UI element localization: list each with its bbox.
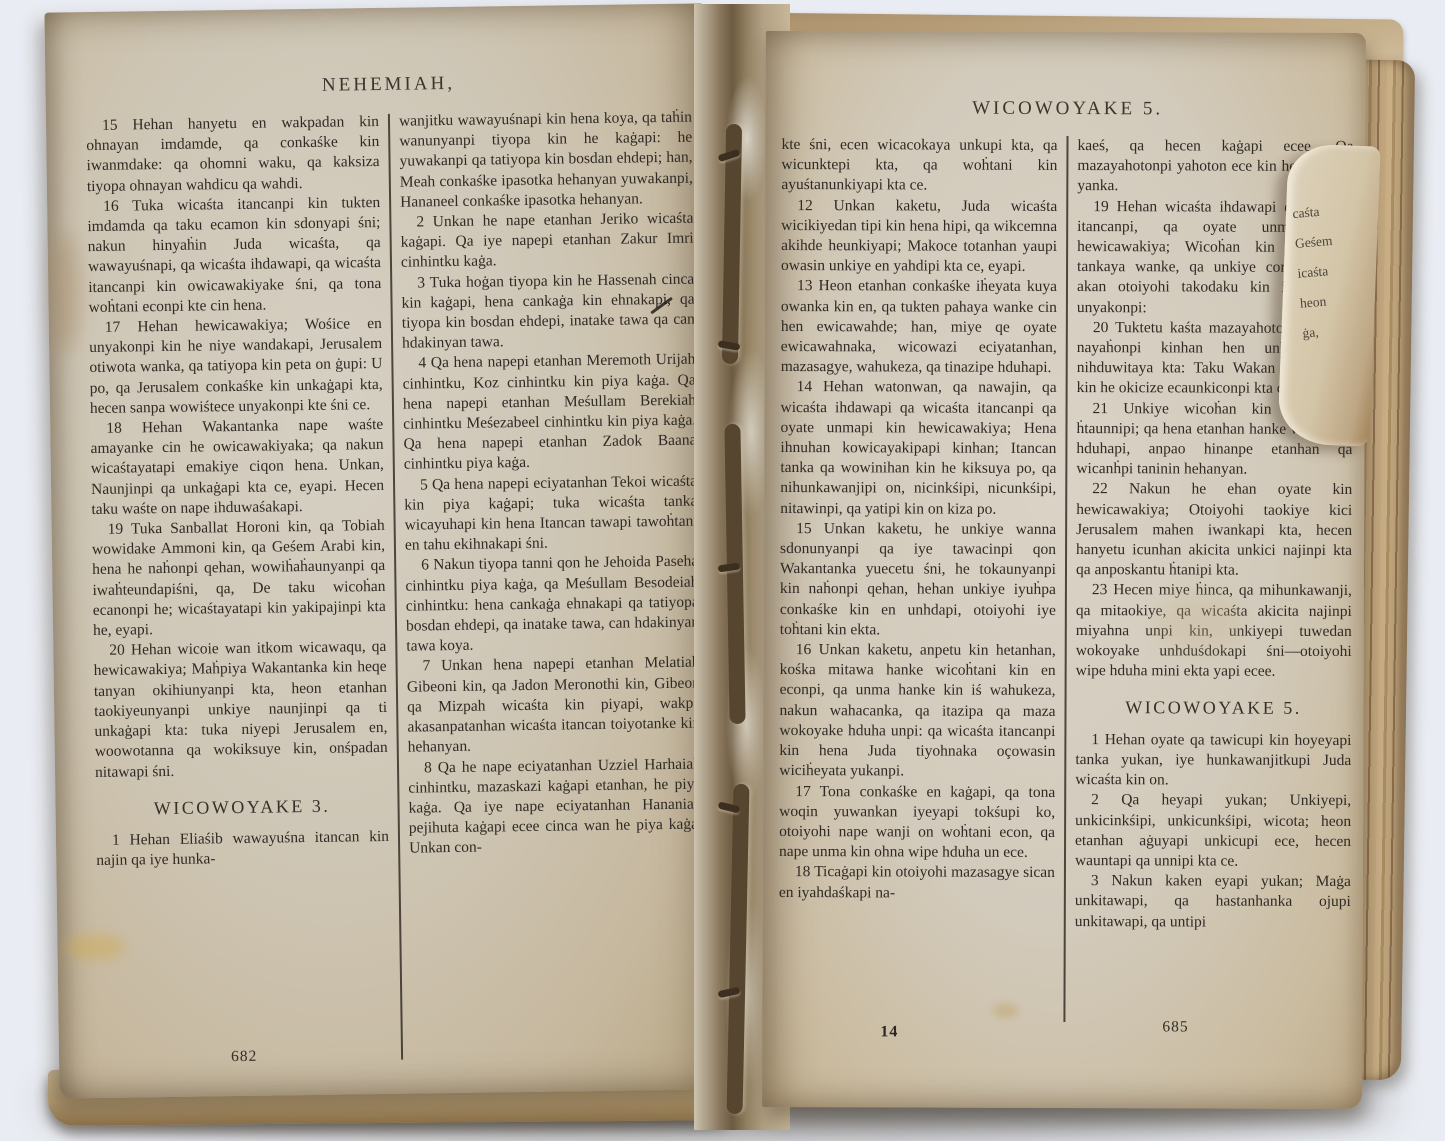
text-fragment: caśta — [1292, 204, 1320, 222]
verse-paragraph: 15 Hehan hanyetu en wakpadan kin ohnayan… — [86, 112, 380, 197]
book-photo: NEHEMIAH, 15 Hehan hanyetu en wakpadan k… — [0, 0, 1445, 1141]
verse-paragraph: 18 Ticaġapi kin otoiyohi mazasagye sican… — [779, 862, 1055, 903]
verse-paragraph: 3 Nakun kaken eyapi yukan; Maġa unkitawa… — [1075, 871, 1351, 933]
left-page-column-1: 15 Hehan hanyetu en wakpadan kin ohnayan… — [86, 112, 392, 1064]
verse-paragraph: 1 Hehan oyate qa tawicupi kin hoyeyapi t… — [1075, 730, 1351, 792]
left-page: NEHEMIAH, 15 Hehan hanyetu en wakpadan k… — [44, 3, 717, 1098]
page-number-682: 682 — [231, 1048, 257, 1066]
verse-paragraph: 22 Nakun he ehan oyate kin hewicawakiya;… — [1076, 479, 1352, 581]
verse-paragraph: 17 Hehan hewicawakiya; Wośice en unyakon… — [89, 314, 383, 419]
verse-paragraph: 16 Tuka wicaśta itancanpi kin tukten imd… — [87, 193, 382, 318]
text-fragment: heon — [1299, 294, 1326, 312]
text-fragment: icaśta — [1297, 263, 1329, 282]
chapter-heading: WICOWOYAKE 5. — [1075, 698, 1351, 719]
verse-paragraph: 18 Hehan Wakantanka nape waśte amayanke … — [90, 415, 384, 520]
verse-paragraph: 16 Unkan kaketu, anpetu kin hetanhan, ko… — [779, 640, 1055, 782]
running-head-right: WICOWOYAKE 5. — [782, 97, 1354, 121]
verse-paragraph: kte śni, ecen wicacokaya unkupi kta, qa … — [781, 135, 1057, 197]
verse-paragraph: 19 Tuka Sanballat Horoni kin, qa Tobiah … — [92, 516, 387, 641]
page-number-685: 685 — [1162, 1018, 1188, 1036]
verse-paragraph: 14 Hehan watonwan, qa nawajin, qa wicaśt… — [780, 377, 1056, 519]
verse-paragraph: 2 Unkan he nape etanhan Jeriko wicaśta k… — [400, 209, 694, 274]
right-page-column-1: kte śni, ecen wicacokaya unkupi kta, qa … — [778, 135, 1057, 1022]
left-page-column-2: wanjitku wawayuśnapi kin hena koya, qa t… — [399, 108, 705, 1060]
text-fragment: Geśem — [1294, 233, 1333, 252]
right-page-text-block: kte śni, ecen wicacokaya unkupi kta, qa … — [778, 135, 1353, 1023]
curled-page-corner: caśtaGeśemicaśtaheonġa, — [1277, 143, 1380, 446]
chapter-heading: WICOWOYAKE 3. — [95, 795, 388, 819]
open-book: NEHEMIAH, 15 Hehan hanyetu en wakpadan k… — [0, 0, 1445, 1141]
bleed-through-text-fragments: caśtaGeśemicaśtaheonġa, — [1277, 143, 1380, 342]
verse-paragraph: 17 Tona conkaśke en kaġapi, qa tona woqi… — [779, 782, 1055, 864]
verse-paragraph: 4 Qa hena napepi etanhan Meremoth Urijah… — [402, 350, 697, 475]
text-fragment: ġa, — [1302, 324, 1319, 341]
paper-stain — [50, 232, 82, 352]
verse-paragraph: 13 Heon etanhan conkaśke iḣeyata kuya ow… — [781, 276, 1057, 378]
verse-paragraph: 1 Hehan Eliaśib wawayuśna itancan kin na… — [96, 827, 390, 871]
signature-mark-14: 14 — [880, 1023, 898, 1041]
spine-tear — [727, 784, 750, 1114]
column-divider-rule — [1063, 136, 1068, 1022]
verse-paragraph: wanjitku wawayuśnapi kin hena koya, qa t… — [399, 108, 693, 213]
verse-paragraph: 23 Hecen miye ḣinca, qa mihunkawanji, qa… — [1076, 581, 1352, 683]
verse-paragraph: 5 Qa hena napepi eciyatanhan Tekoi wicaś… — [404, 471, 698, 556]
verse-paragraph: 15 Unkan kaketu, he unkiye wanna sdonuny… — [780, 519, 1056, 641]
verse-paragraph: 12 Unkan kaketu, Juda wicaśta wicikiyeda… — [781, 196, 1057, 278]
spine-tear — [724, 424, 745, 724]
verse-paragraph: 2 Qa heyapi yukan; Unkiyepi, unkicinkśip… — [1075, 790, 1351, 872]
right-page: WICOWOYAKE 5. kte śni, ecen wicacokaya u… — [762, 31, 1366, 1109]
running-head-left: NEHEMIAH, — [85, 70, 691, 100]
verse-paragraph: 6 Nakun tiyopa tanni qon he Jehoida Pase… — [405, 552, 699, 657]
verse-paragraph: 8 Qa he nape eciyatanhan Uzziel Harhaiah… — [408, 754, 702, 859]
verse-paragraph: 7 Unkan hena napepi etanhan Melatiah Gib… — [406, 653, 700, 758]
verse-paragraph: 20 Hehan wicoie wan itkom wicawaqu, qa h… — [93, 637, 388, 782]
left-page-text-block: 15 Hehan hanyetu en wakpadan kin ohnayan… — [86, 108, 705, 1064]
